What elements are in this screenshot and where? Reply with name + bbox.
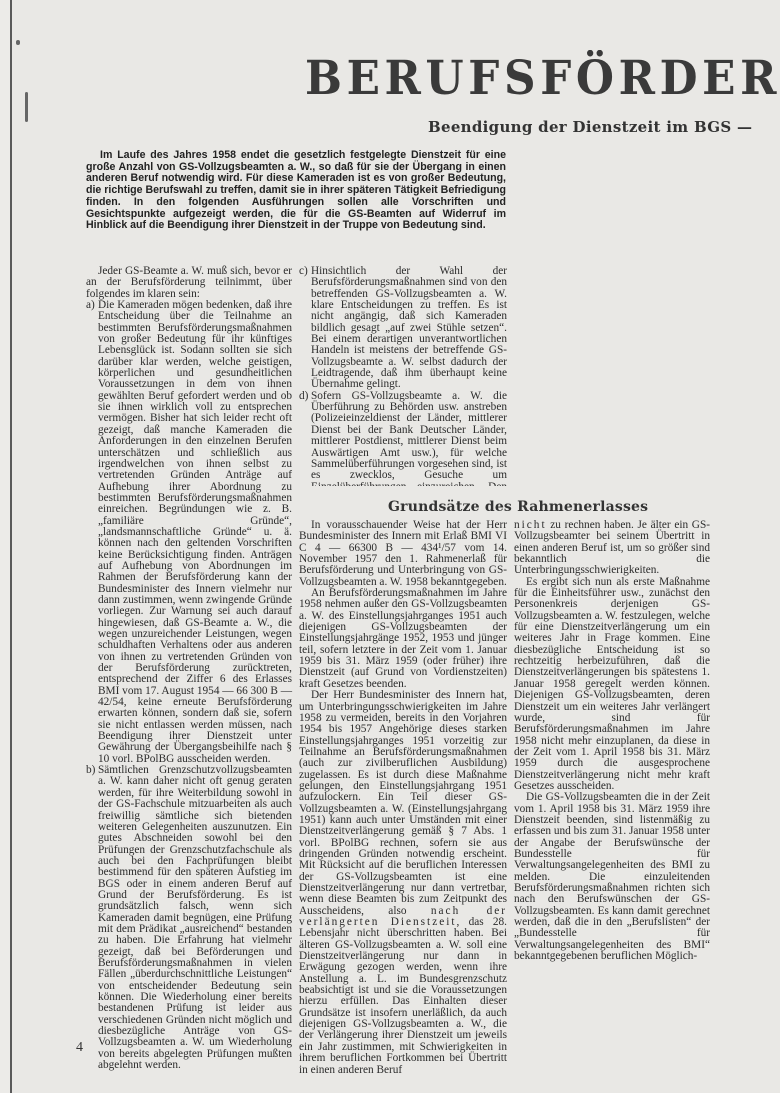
paragraph-text: Der Herr Bundesminister des Innern hat, …	[299, 689, 507, 917]
emphasis-text: nicht	[514, 519, 547, 531]
list-item-c: c)Hinsichtlich der Wahl der Berufsförder…	[299, 266, 507, 391]
page-title: BERUFSFÖRDERUNG	[305, 55, 780, 102]
paragraph-text: , das 28. Lebensjahr nicht überschritten…	[299, 916, 507, 1075]
list-item-d: d)Sofern GS-Vollzugsbeamte a. W. die Übe…	[299, 391, 507, 486]
paragraph: Der Herr Bundesminister des Innern hat, …	[299, 690, 507, 1076]
list-label: c)	[299, 266, 311, 277]
page-number: 4	[76, 1040, 83, 1056]
paragraph: In vorausschauender Weise hat der Herr B…	[299, 520, 507, 588]
column-2-top: c)Hinsichtlich der Wahl der Berufsförder…	[299, 266, 507, 486]
scan-mark	[16, 40, 20, 45]
scan-mark	[25, 92, 28, 122]
list-item-a: a)Die Kameraden mögen bedenken, daß ihre…	[86, 300, 292, 765]
list-item-b: b)Sämtlichen Grenzschutzvollzugsbeamten …	[86, 765, 292, 1071]
list-text: Hinsichtlich der Wahl der Berufsförderun…	[311, 266, 507, 390]
lead-paragraph: Im Laufe des Jahres 1958 endet die geset…	[86, 150, 506, 232]
paragraph: Es ergibt sich nun als erste Maßnahme fü…	[514, 577, 710, 793]
list-label: d)	[299, 391, 311, 402]
column-3-bottom: nicht zu rechnen haben. Je älter ein GS-…	[514, 520, 710, 962]
paragraph: An Berufsförderungsmaßnahmen im Jahre 19…	[299, 588, 507, 690]
column-1: Jeder GS-Beamte a. W. muß sich, bevor er…	[86, 266, 292, 1071]
scan-edge	[0, 1093, 780, 1100]
list-label: b)	[86, 765, 98, 776]
list-text: Sofern GS-Vollzugsbeamte a. W. die Überf…	[311, 390, 507, 486]
intro-paragraph: Jeder GS-Beamte a. W. muß sich, bevor er…	[86, 266, 292, 300]
column-2-bottom: In vorausschauender Weise hat der Herr B…	[299, 520, 507, 1076]
list-text: Sämtlichen Grenzschutzvollzugsbeamten a.…	[98, 764, 292, 1071]
paragraph: nicht zu rechnen haben. Je älter ein GS-…	[514, 520, 710, 577]
list-label: a)	[86, 300, 98, 311]
page-subtitle: Beendigung der Dienstzeit im BGS —	[428, 118, 752, 136]
paragraph: Die GS-Vollzugsbeamten die in der Zeit v…	[514, 792, 710, 962]
section-heading: Grundsätze des Rahmenerlasses	[388, 499, 648, 515]
list-text: Die Kameraden mögen bedenken, daß ihre E…	[98, 299, 292, 765]
